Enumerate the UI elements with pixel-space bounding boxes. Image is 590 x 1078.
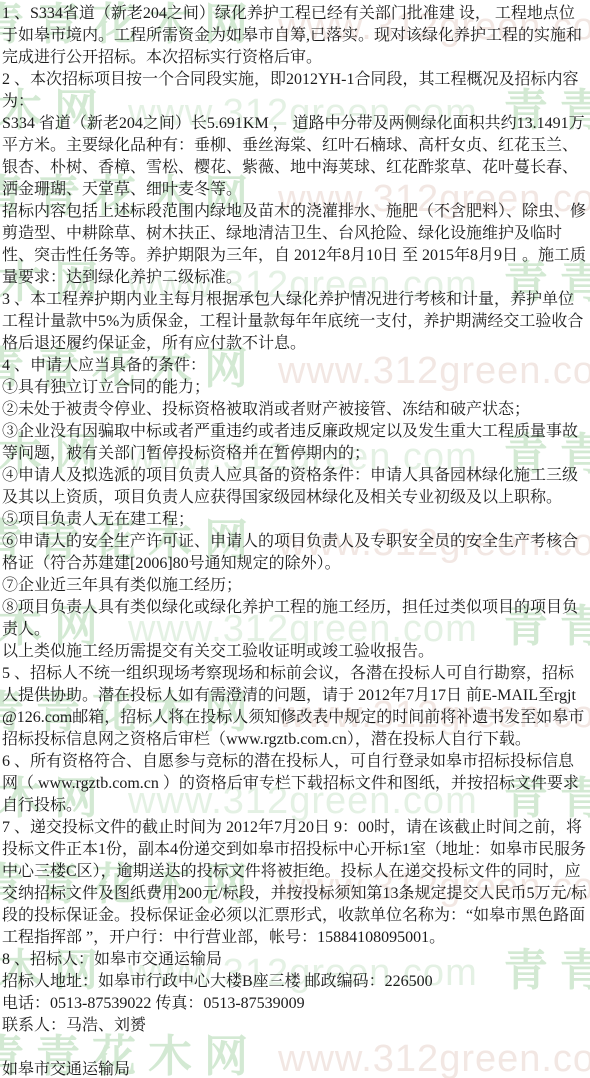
paragraph: 招标人地址：如皋市行政中心大楼B座三楼 邮政编码：226500 <box>2 971 588 993</box>
paragraph: 4 、申请人应当具备的条件： <box>2 355 588 377</box>
paragraph: 以上类似施工经历需提交有关交工验收证明或竣工验收报告。 <box>2 641 588 663</box>
paragraph: 8 、招标人：如皋市交通运输局 <box>2 949 588 971</box>
paragraph: ③企业没有因骗取中标或者严重违约或者违反廉政规定以及发生重大工程质量事故等问题，… <box>2 421 588 465</box>
paragraph: 1 、S334省道（新老204之间）绿化养护工程已经有关部门批准建 设， 工程地… <box>2 3 588 69</box>
paragraph: 电话：0513-87539022 传真：0513-87539009 <box>2 993 588 1015</box>
document-page: 青青花木网www.312green.com青青花木网www.312green.c… <box>0 0 590 1078</box>
paragraph: 5 、招标人不统一组织现场考察现场和标前会议，各潜在投标人可自行勘察，招标人提供… <box>2 663 588 751</box>
paragraph: ②未处于被责令停业、投标资格被取消或者财产被接管、冻结和破产状态； <box>2 399 588 421</box>
paragraph: ⑤项目负责人无在建工程； <box>2 509 588 531</box>
paragraph: 6 、所有资格符合、自愿参与竞标的潜在投标人，可自行登录如皋市招标投标信息网（ … <box>2 751 588 817</box>
paragraph: ④申请人及拟选派的项目负责人应具备的资格条件：申请人具备园林绿化施工三级及其以上… <box>2 465 588 509</box>
paragraph: ①具有独立订立合同的能力； <box>2 377 588 399</box>
paragraph: ⑥申请人的安全生产许可证、申请人的项目负责人及专职安全员的安全生产考核合格证（符… <box>2 531 588 575</box>
paragraph: 联系人：马浩、刘赟 <box>2 1015 588 1037</box>
paragraph: ⑦企业近三年具有类似施工经历； <box>2 575 588 597</box>
paragraph: 3 、本工程养护期内业主每月根据承包人绿化养护情况进行考核和计量，养护单位工程计… <box>2 289 588 355</box>
blank-line <box>2 1037 588 1059</box>
paragraph: ⑧项目负责人具有类似绿化或绿化养护工程的施工经历，担任过类似项目的项目负责人。 <box>2 597 588 641</box>
paragraph: S334 省道（新老204之间）长5.691KM ， 道路中分带及两侧绿化面积共… <box>2 113 588 201</box>
paragraph: 招标内容包括上述标段范围内绿地及苗木的浇灌排水、施肥（不含肥料）、除虫、修剪造型… <box>2 201 588 289</box>
paragraph: 7 、递交投标文件的截止时间为 2012年7月20日 9：00时，请在该截止时间… <box>2 817 588 949</box>
paragraph: 2 、本次招标项目按一个合同段实施，即2012YH-1合同段，其工程概况及招标内… <box>2 69 588 113</box>
document-body: 1 、S334省道（新老204之间）绿化养护工程已经有关部门批准建 设， 工程地… <box>0 0 590 1078</box>
paragraph: 如皋市交通运输局 <box>2 1059 588 1078</box>
